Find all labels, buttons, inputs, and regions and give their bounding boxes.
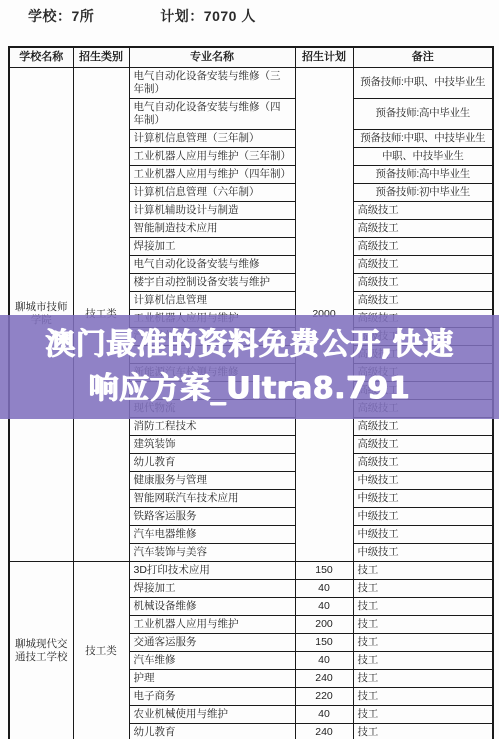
plan-cell: 40 [295,597,353,615]
remark-cell: 中级技工 [353,489,493,507]
major-cell: 护理 [129,669,295,687]
column-header-remark: 备注 [353,47,493,67]
remark-cell: 技工 [353,561,493,579]
major-cell: 3D打印技术应用 [129,561,295,579]
remark-cell: 中职、中技毕业生 [353,147,493,165]
major-cell: 工业机器人应用与维护（四年制） [129,165,295,183]
major-cell: 计算机信息管理（三年制） [129,129,295,147]
major-cell: 交通客运服务 [129,633,295,651]
major-cell: 计算机信息管理 [129,291,295,309]
table-row: 聊城现代交通技工学校技工类3D打印技术应用150技工 [9,561,493,579]
plan-cell: 150 [295,561,353,579]
major-cell: 农业机械使用与维护 [129,705,295,723]
major-cell: 消防工程技术 [129,417,295,435]
major-cell: 智能制造技术应用 [129,219,295,237]
remark-cell: 技工 [353,633,493,651]
remark-cell: 技工 [353,705,493,723]
major-cell: 幼儿教育 [129,453,295,471]
major-cell: 汽车维修 [129,651,295,669]
plan-cell: 220 [295,687,353,705]
major-cell: 焊接加工 [129,237,295,255]
remark-cell: 高级技工 [353,237,493,255]
major-cell: 焊接加工 [129,579,295,597]
plan-cell: 240 [295,723,353,739]
major-cell: 机械设备维修 [129,597,295,615]
page: { "page": { "stats": { "schools": "学校：7所… [0,0,499,739]
plan-cell: 2000 [295,67,353,561]
school-name-cell: 聊城市技师学院 [9,67,73,561]
remark-cell: 预备技师:中职、中技毕业生 [353,129,493,147]
major-cell: 楼宇自动控制设备安装与维护 [129,273,295,291]
major-cell: 工业机器人应用与维护 [129,615,295,633]
remark-cell: 技工 [353,723,493,739]
plan-cell: 200 [295,615,353,633]
remark-cell: 高级技工 [353,255,493,273]
plan-cell: 240 [295,669,353,687]
remark-cell: 高级技工 [353,417,493,435]
summary-bar: 学校：7所 计划：7070 人 [0,0,499,46]
table-header-row: 学校名称 招生类别 专业名称 招生计划 备注 [9,47,493,67]
remark-cell: 中级技工 [353,525,493,543]
remark-cell: 中级技工 [353,471,493,489]
major-cell: 工业机器人应用与维护（三年制） [129,147,295,165]
remark-cell: 高级技工 [353,435,493,453]
major-cell: 幼儿教育 [129,723,295,739]
major-cell: 电气自动化设备安装与维修（三年制） [129,67,295,98]
ad-overlay-banner[interactable]: 澳门最准的资料免费公开,快速 响应方案_Ultra8.791 [0,315,499,419]
plan-cell: 40 [295,579,353,597]
remark-cell: 技工 [353,615,493,633]
remark-cell: 技工 [353,597,493,615]
remark-cell: 中级技工 [353,543,493,561]
major-cell: 汽车装饰与美容 [129,543,295,561]
column-header-major: 专业名称 [129,47,295,67]
remark-cell: 高级技工 [353,273,493,291]
remark-cell: 中级技工 [353,507,493,525]
column-header-school: 学校名称 [9,47,73,67]
remark-cell: 预备技师:初中毕业生 [353,183,493,201]
ad-overlay-text-line1: 澳门最准的资料免费公开,快速 [45,323,453,367]
column-header-plan: 招生计划 [295,47,353,67]
major-cell: 计算机信息管理（六年制） [129,183,295,201]
column-header-category: 招生类别 [73,47,129,67]
school-name-cell: 聊城现代交通技工学校 [9,561,73,739]
remark-cell: 技工 [353,651,493,669]
remark-cell: 高级技工 [353,453,493,471]
remark-cell: 技工 [353,687,493,705]
remark-cell: 高级技工 [353,201,493,219]
plan-cell: 40 [295,705,353,723]
category-cell: 技工类 [73,67,129,561]
major-cell: 电气自动化设备安装与维修（四年制） [129,98,295,129]
major-cell: 建筑装饰 [129,435,295,453]
major-cell: 电子商务 [129,687,295,705]
table-row: 聊城市技师学院技工类电气自动化设备安装与维修（三年制）2000预备技师:中职、中… [9,67,493,98]
major-cell: 计算机辅助设计与制造 [129,201,295,219]
schools-count-label: 学校：7所 [28,6,94,26]
plan-cell: 150 [295,633,353,651]
remark-cell: 技工 [353,579,493,597]
plan-count-label: 计划：7070 人 [160,6,256,26]
remark-cell: 技工 [353,669,493,687]
remark-cell: 预备技师:高中毕业生 [353,98,493,129]
remark-cell: 预备技师:中职、中技毕业生 [353,67,493,98]
remark-cell: 高级技工 [353,219,493,237]
category-cell: 技工类 [73,561,129,739]
major-cell: 健康服务与管理 [129,471,295,489]
ad-overlay-text-line2: 响应方案_Ultra8.791 [89,367,410,411]
major-cell: 智能网联汽车技术应用 [129,489,295,507]
remark-cell: 高级技工 [353,291,493,309]
major-cell: 汽车电器维修 [129,525,295,543]
major-cell: 电气自动化设备安装与维修 [129,255,295,273]
major-cell: 铁路客运服务 [129,507,295,525]
remark-cell: 预备技师:高中毕业生 [353,165,493,183]
plan-cell: 40 [295,651,353,669]
